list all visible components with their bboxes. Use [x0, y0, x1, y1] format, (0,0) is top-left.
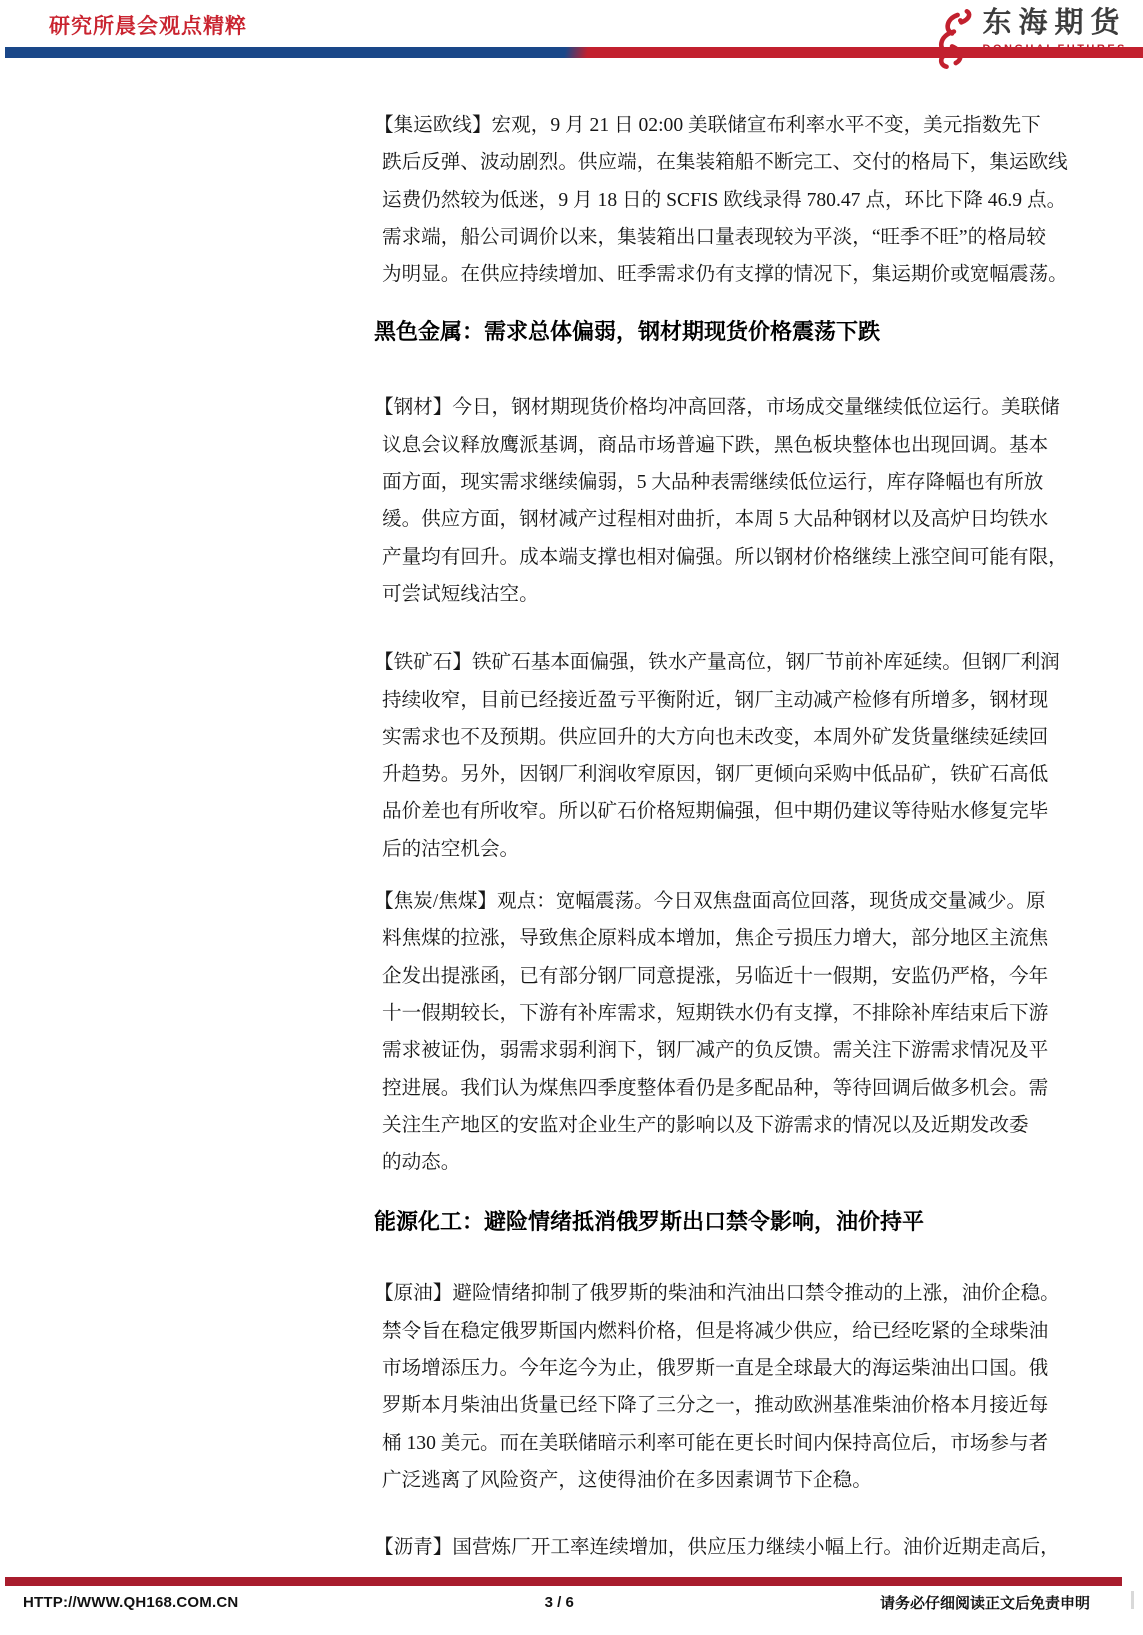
edge-artifact-mark [1131, 1591, 1134, 1609]
logo-company-name: 东海期货 [983, 6, 1127, 40]
footer-website-link[interactable]: HTTP://WWW.QH168.COM.CN [23, 1594, 238, 1611]
section-heading-energy-chemicals: 能源化工：避险情绪抵消俄罗斯出口禁令影响，油价持平 [374, 1205, 1090, 1239]
paragraph-steel: 【钢材】今日，钢材期现货价格均冲高回落，市场成交量继续低位运行。美联储 议息会议… [374, 389, 1090, 613]
footer-disclaimer: 请务必仔细阅读正文后免责申明 [880, 1592, 1090, 1613]
paragraph-crude-oil: 【原油】避险情绪抑制了俄罗斯的柴油和汽油出口禁令推动的上涨，油价企稳。 禁令旨在… [374, 1275, 1090, 1499]
document-page: 研究所晨会观点精粹 东海期货 DONGHAI FUTURES [0, 0, 1143, 1635]
report-body: 【集运欧线】宏观，9 月 21 日 02:00 美联储宣布利率水平不变，美元指数… [374, 0, 1090, 1567]
header-divider-bar [5, 47, 1143, 58]
dragon-logo-icon [929, 8, 977, 75]
paragraph-shipping-europe-line: 【集运欧线】宏观，9 月 21 日 02:00 美联储宣布利率水平不变，美元指数… [374, 107, 1090, 293]
report-title: 研究所晨会观点精粹 [49, 10, 247, 40]
footer-divider-bar [5, 1577, 1122, 1586]
paragraph-iron-ore: 【铁矿石】铁矿石基本面偏强，铁水产量高位，钢厂节前补库延续。但钢厂利润 持续收窄… [374, 644, 1090, 868]
page-number: 3 / 6 [545, 1594, 574, 1611]
paragraph-bitumen: 【沥青】国营炼厂开工率连续增加，供应压力继续小幅上行。油价近期走高后， [374, 1529, 1090, 1566]
footer-row: HTTP://WWW.QH168.COM.CN 3 / 6 请务必仔细阅读正文后… [23, 1592, 1090, 1613]
paragraph-coke-coking-coal: 【焦炭/焦煤】观点：宽幅震荡。今日双焦盘面高位回落，现货成交量减少。原 料焦煤的… [374, 883, 1090, 1181]
section-heading-black-metals: 黑色金属：需求总体偏弱，钢材期现货价格震荡下跌 [374, 315, 1090, 349]
company-logo: 东海期货 DONGHAI FUTURES [929, 6, 1127, 75]
